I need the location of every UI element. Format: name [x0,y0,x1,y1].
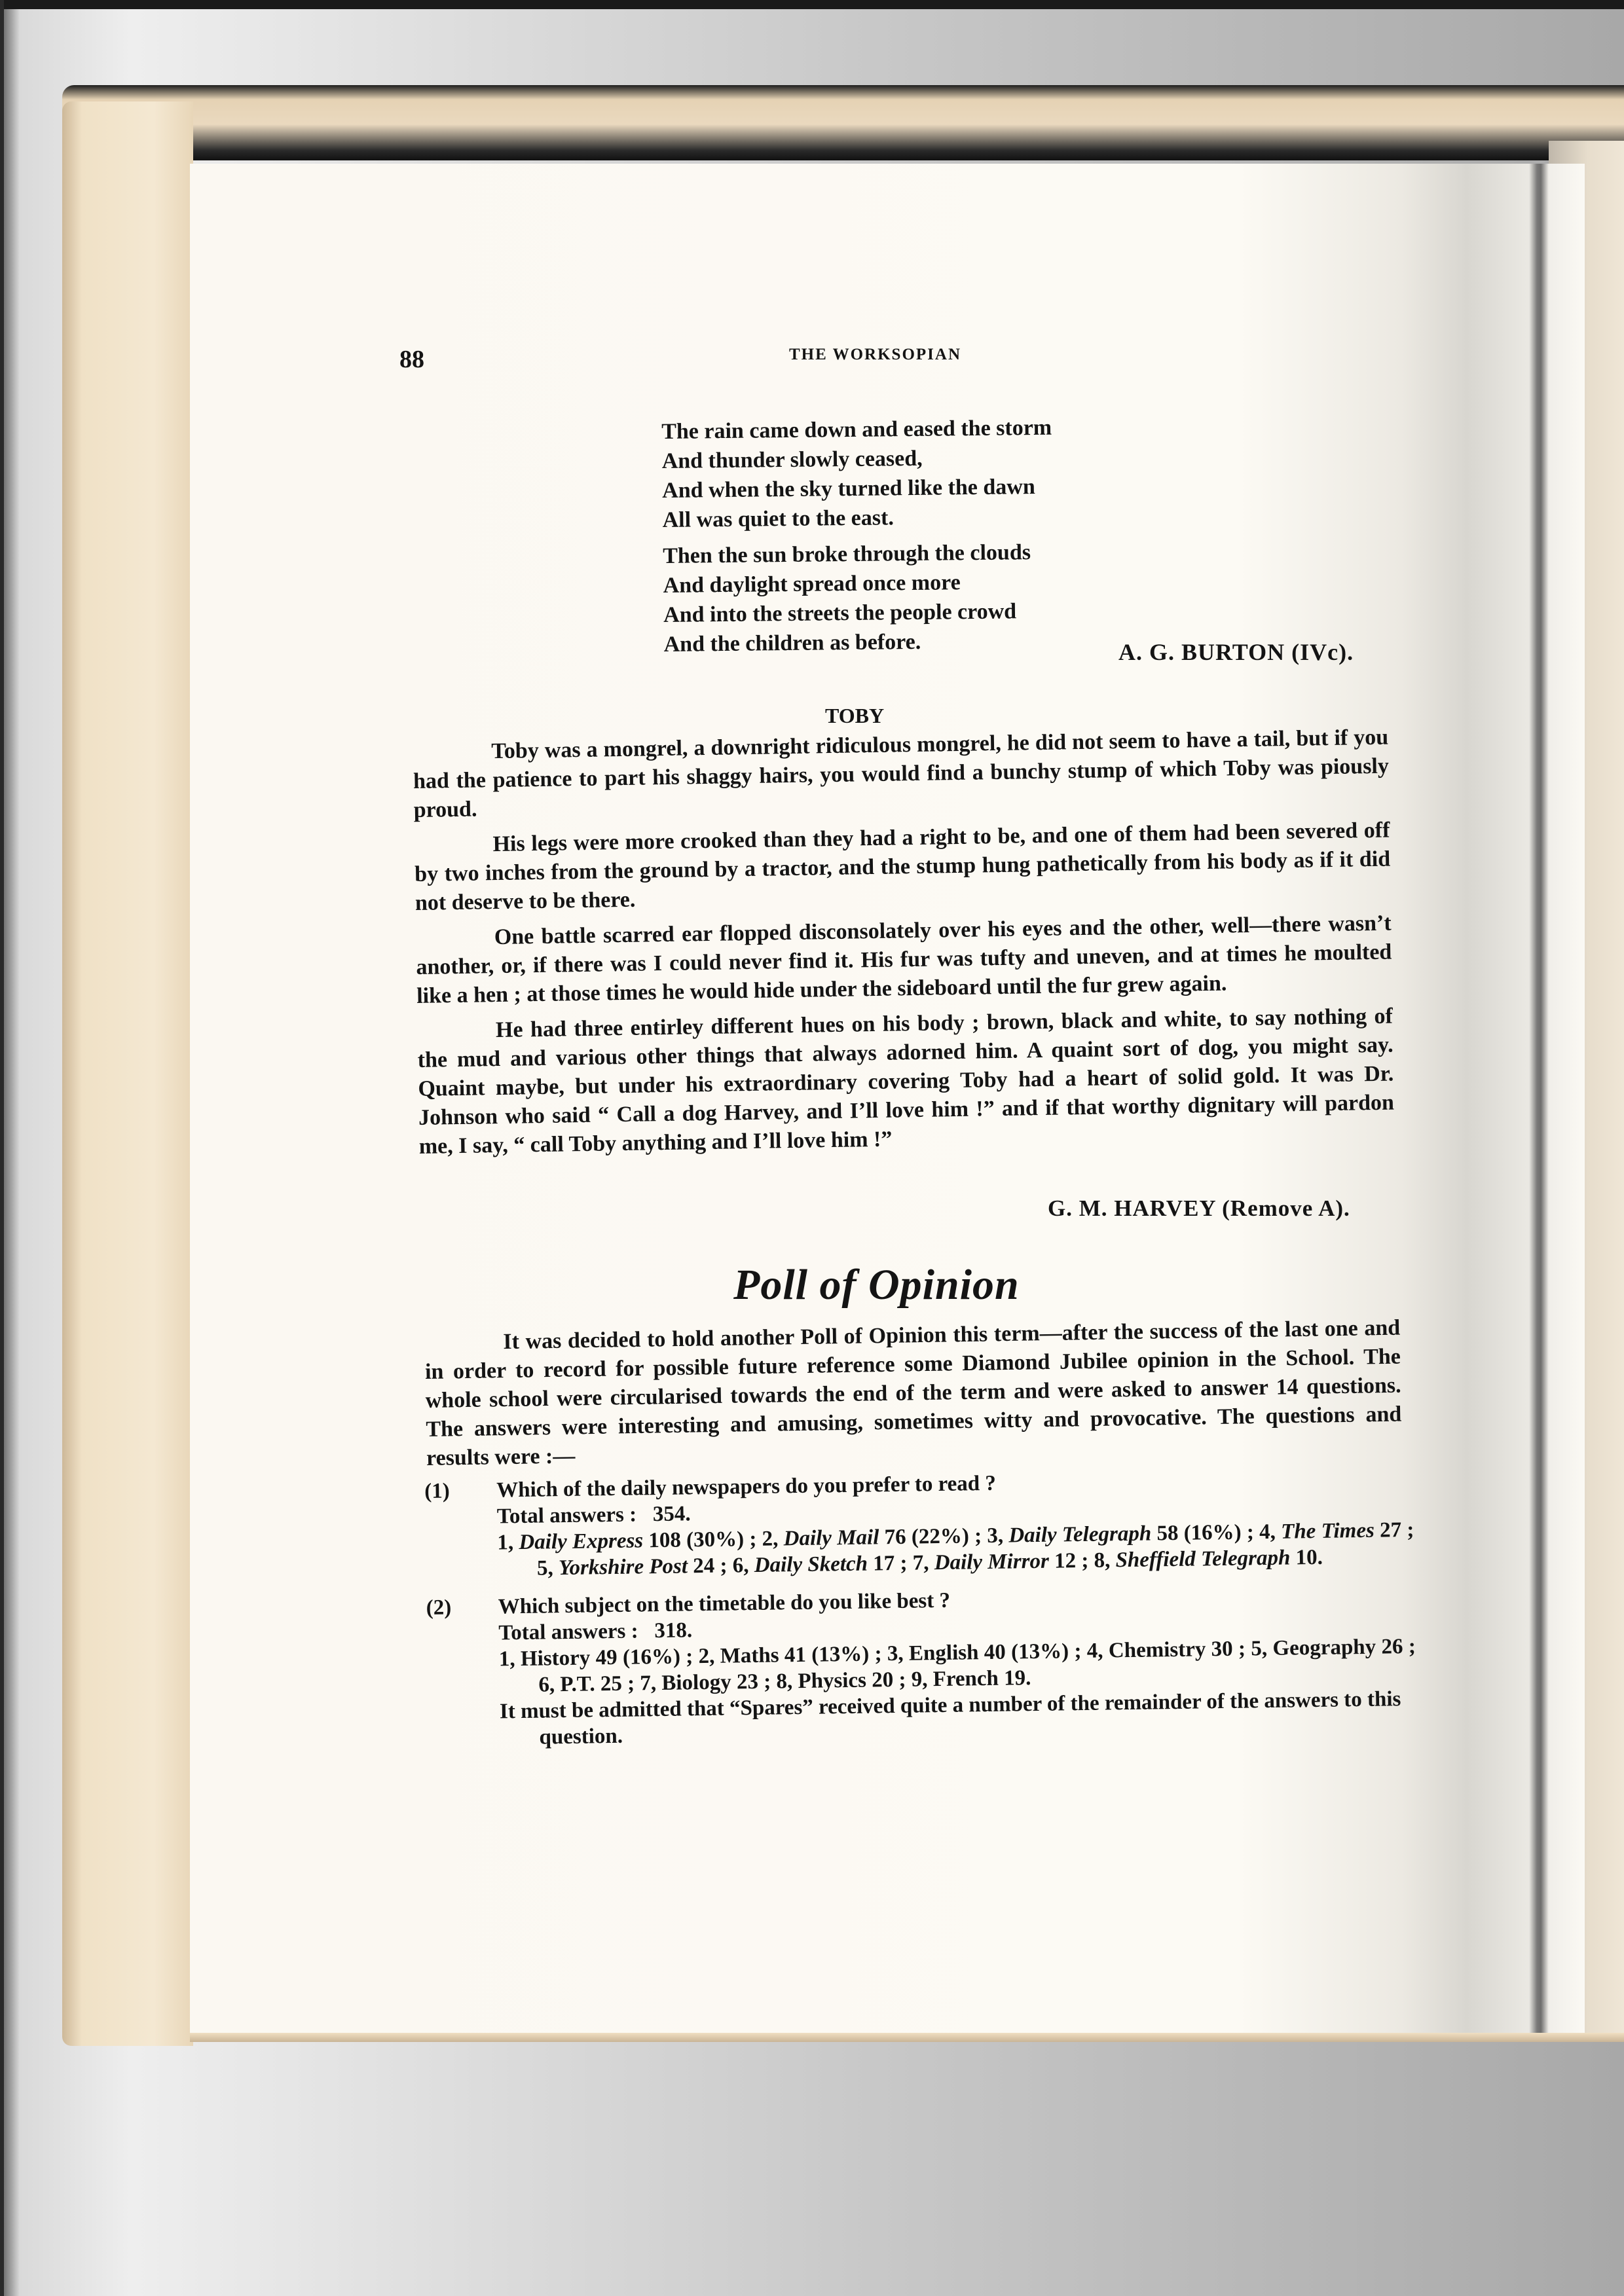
result-name: Daily Express [519,1529,643,1554]
paragraph: It was decided to hold another Poll of O… [424,1314,1402,1473]
page-number: 88 [399,345,424,374]
result-item: 4, The Times 27 ; [1259,1518,1414,1544]
result-item: 3, English 40 (13%) ; [887,1639,1087,1666]
result-name: Chemistry [1109,1637,1206,1662]
toby-author: G. M. HARVEY (Remove A). [1048,1195,1350,1222]
result-item: 2, Maths 41 (13%) ; [698,1642,887,1668]
poem-line: Then the sun broke through the clouds [663,538,1053,571]
paragraph: Toby was a mongrel, a downright ridiculo… [413,723,1390,825]
result-item: 8, Sheffield Telegraph 10. [1094,1546,1323,1573]
poem-author: A. G. BURTON (IVc). [1118,638,1354,666]
toby-body: Toby was a mongrel, a downright ridiculo… [413,723,1395,1168]
page-gutter-shadow [1529,164,1549,2036]
poem: The rain came down and eased the storm A… [661,413,1054,666]
poll-questions: (1) Which of the daily newspapers do you… [424,1465,1417,1764]
result-item: 8, Physics 20 ; [776,1668,912,1694]
poem-line: And when the sky turned like the dawn [662,472,1052,505]
toby-title: TOBY [825,704,884,728]
poem-line: And daylight spread once more [663,567,1053,600]
result-item: 5, Yorkshire Post 24 ; [537,1554,733,1580]
poll-title: Poll of Opinion [733,1260,1020,1310]
result-name: P.T. [560,1672,595,1696]
running-head: THE WORKSOPIAN [789,346,961,364]
paragraph: His legs were more crooked than they had… [414,816,1391,918]
book-left-edge [62,101,193,2046]
scanner-bed-edge-top [0,0,1624,9]
scanner-bed-edge-left [0,0,4,2296]
result-item: 1, Daily Express 108 (30%) ; [497,1527,762,1555]
result-name: French [932,1667,999,1691]
question-2: (2) Which subject on the timetable do yo… [426,1581,1416,1752]
result-name: Maths [720,1643,779,1667]
book-bottom-edge [190,2033,1624,2042]
result-item: 9, French 19. [911,1666,1031,1692]
result-item: 7, Biology 23 ; [640,1670,777,1696]
poem-line: And into the streets the people crowd [663,596,1054,630]
result-item: 1, History 49 (16%) ; [499,1645,699,1671]
result-name: Physics [798,1669,866,1693]
book-top-edge [62,85,1624,160]
question-number: (2) [426,1594,500,1752]
result-name: Daily Mirror [934,1550,1049,1575]
poem-line: And the children as before. [663,626,1054,659]
result-item: 6, P.T. 25 ; [538,1671,640,1696]
result-item: 3, Daily Telegraph 58 (16%) ; [987,1520,1259,1548]
result-name: Sheffield Telegraph [1115,1546,1290,1573]
poll-intro: It was decided to hold another Poll of O… [424,1314,1402,1480]
poem-line: All was quiet to the east. [662,501,1052,535]
result-item: 7, Daily Mirror 12 ; [912,1549,1094,1575]
paragraph: He had three entirley different hues on … [417,1002,1395,1161]
result-name: Daily Telegraph [1008,1522,1151,1548]
result-name: Geography [1272,1635,1376,1660]
poem-line: The rain came down and eased the storm [661,413,1052,446]
result-item: 5, Geography 26 ; [1251,1635,1416,1661]
result-name: Biology [661,1670,731,1694]
poem-stanza-2: Then the sun broke through the clouds An… [663,538,1054,659]
poem-line: And thunder slowly ceased, [661,443,1052,476]
result-item: 2, Daily Mail 76 (22%) ; [762,1524,987,1551]
question-1: (1) Which of the daily newspapers do you… [424,1465,1414,1583]
paragraph: One battle scarred ear flopped disconsol… [415,909,1392,1011]
result-name: Daily Mail [783,1525,879,1550]
result-name: English [909,1641,979,1665]
result-item: 4, Chemistry 30 ; [1087,1637,1251,1662]
result-item: 6, Daily Sketch 17 ; [733,1552,913,1578]
result-name: The Times [1281,1519,1375,1544]
question-number: (1) [424,1477,498,1583]
result-name: Daily Sketch [754,1552,868,1577]
result-name: History [521,1646,591,1670]
poem-stanza-1: The rain came down and eased the storm A… [661,413,1053,535]
result-name: Yorkshire Post [559,1554,688,1580]
